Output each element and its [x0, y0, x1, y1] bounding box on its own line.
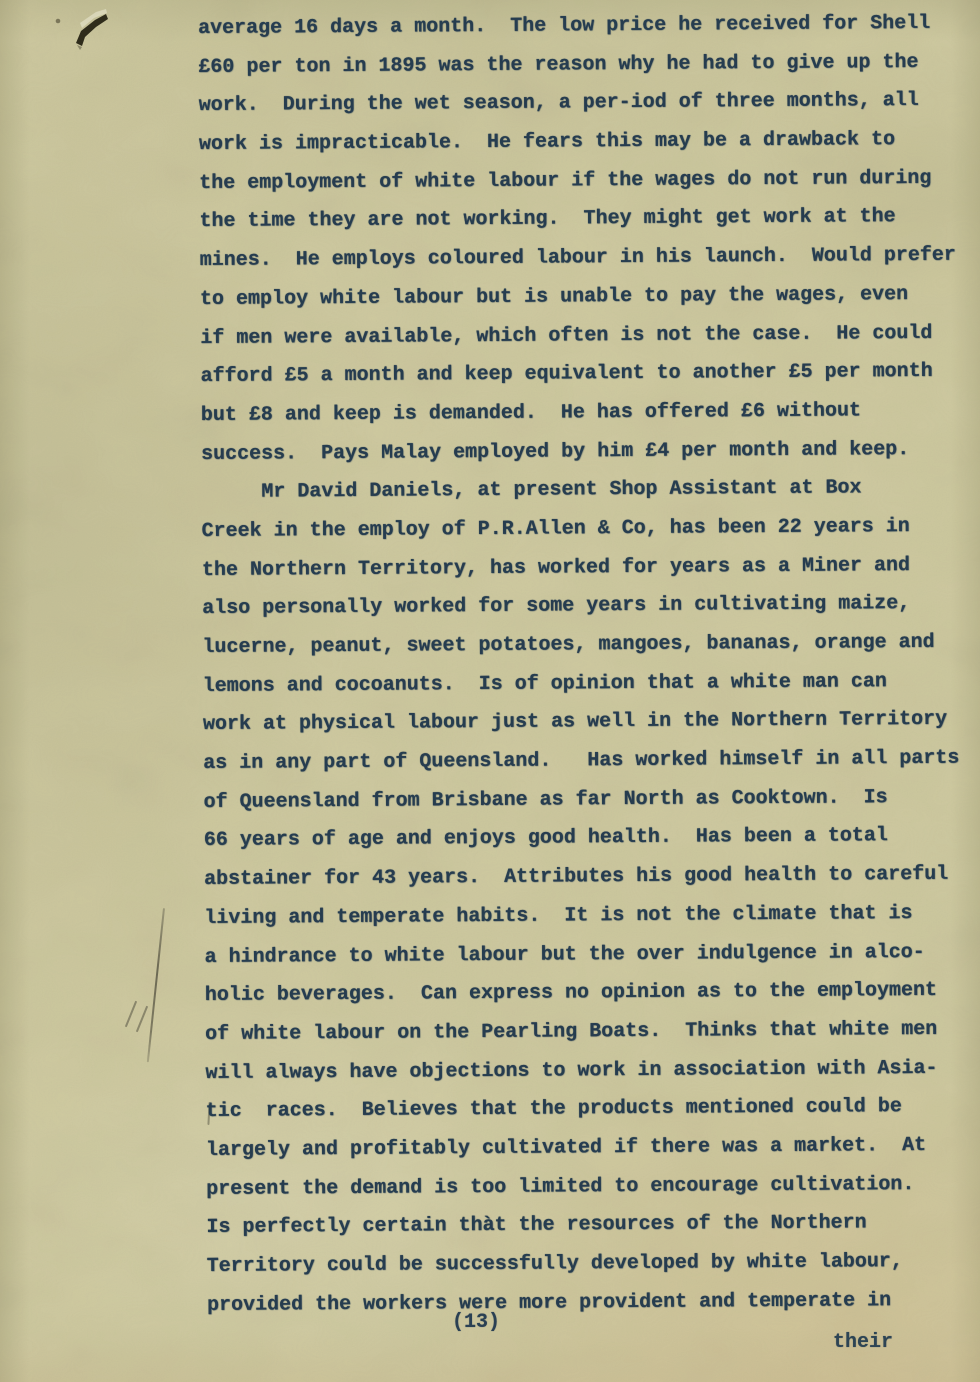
text-line: but £8 and keep is demanded. He has offe… — [201, 392, 957, 436]
text-line: provided the workers were more provident… — [207, 1281, 963, 1325]
text-line: Mr David Daniels, at present Shop Assist… — [201, 469, 957, 513]
catchword: their — [833, 1331, 893, 1354]
typed-text-block: average 16 days a month. The low price h… — [198, 5, 963, 1326]
text-line: work. During the wet season, a per-iod o… — [199, 82, 955, 126]
text-line: present the demand is too limited to enc… — [206, 1165, 962, 1209]
punch-hole-icon — [52, 6, 124, 58]
text-line: 66 years of age and enjoys good health. … — [204, 817, 960, 861]
text-line: living and temperate habits. It is not t… — [204, 895, 960, 939]
text-line: lucerne, peanut, sweet potatoes, mangoes… — [202, 624, 958, 668]
text-line: to employ white labour but is unable to … — [200, 276, 956, 320]
text-line: the Northern Territory, has worked for y… — [202, 546, 958, 590]
text-line: work is impracticable. He fears this may… — [199, 121, 955, 165]
text-line: largely and profitably cultivated if the… — [206, 1127, 962, 1171]
pencil-tick-mark — [136, 1006, 148, 1033]
text-line: lemons and cocoanuts. Is of opinion that… — [203, 662, 959, 706]
text-line: the time they are not working. They migh… — [199, 198, 955, 242]
text-line: also personally worked for some years in… — [202, 585, 958, 629]
text-line: afford £5 a month and keep equivalent to… — [200, 353, 956, 397]
text-line: £60 per ton in 1895 was the reason why h… — [198, 43, 954, 87]
text-line: Is perfectly certain thàt the resources … — [206, 1204, 962, 1248]
text-line: of white labour on the Pearling Boats. T… — [205, 1011, 961, 1055]
text-line: the employment of white labour if the wa… — [199, 159, 955, 203]
pencil-margin-line — [147, 908, 165, 1062]
page-number: (13) — [452, 1311, 500, 1334]
text-line: a hindrance to white labour but the over… — [204, 933, 960, 977]
text-line: Territory could be successfully develope… — [207, 1243, 963, 1287]
text-line: will always have objections to work in a… — [205, 1049, 961, 1093]
text-line: success. Pays Malay employed by him £4 p… — [201, 430, 957, 474]
text-line: abstainer for 43 years. Attributes his g… — [204, 856, 960, 900]
text-line: of Queensland from Brisbane as far North… — [203, 778, 959, 822]
text-line: average 16 days a month. The low price h… — [198, 5, 954, 49]
text-line: mines. He employs coloured labour in his… — [200, 237, 956, 281]
text-line: if men were available, which often is no… — [200, 314, 956, 358]
text-line: tic races. Believes that the products me… — [206, 1088, 962, 1132]
text-line: holic beverages. Can express no opinion … — [205, 972, 961, 1016]
text-line: as in any part of Queensland. Has worked… — [203, 740, 959, 784]
pencil-tick-mark — [125, 1001, 137, 1028]
text-line: Creek in the employ of P.R.Allen & Co, h… — [202, 508, 958, 552]
text-line: work at physical labour just as well in … — [203, 701, 959, 745]
document-page: average 16 days a month. The low price h… — [0, 0, 980, 1382]
